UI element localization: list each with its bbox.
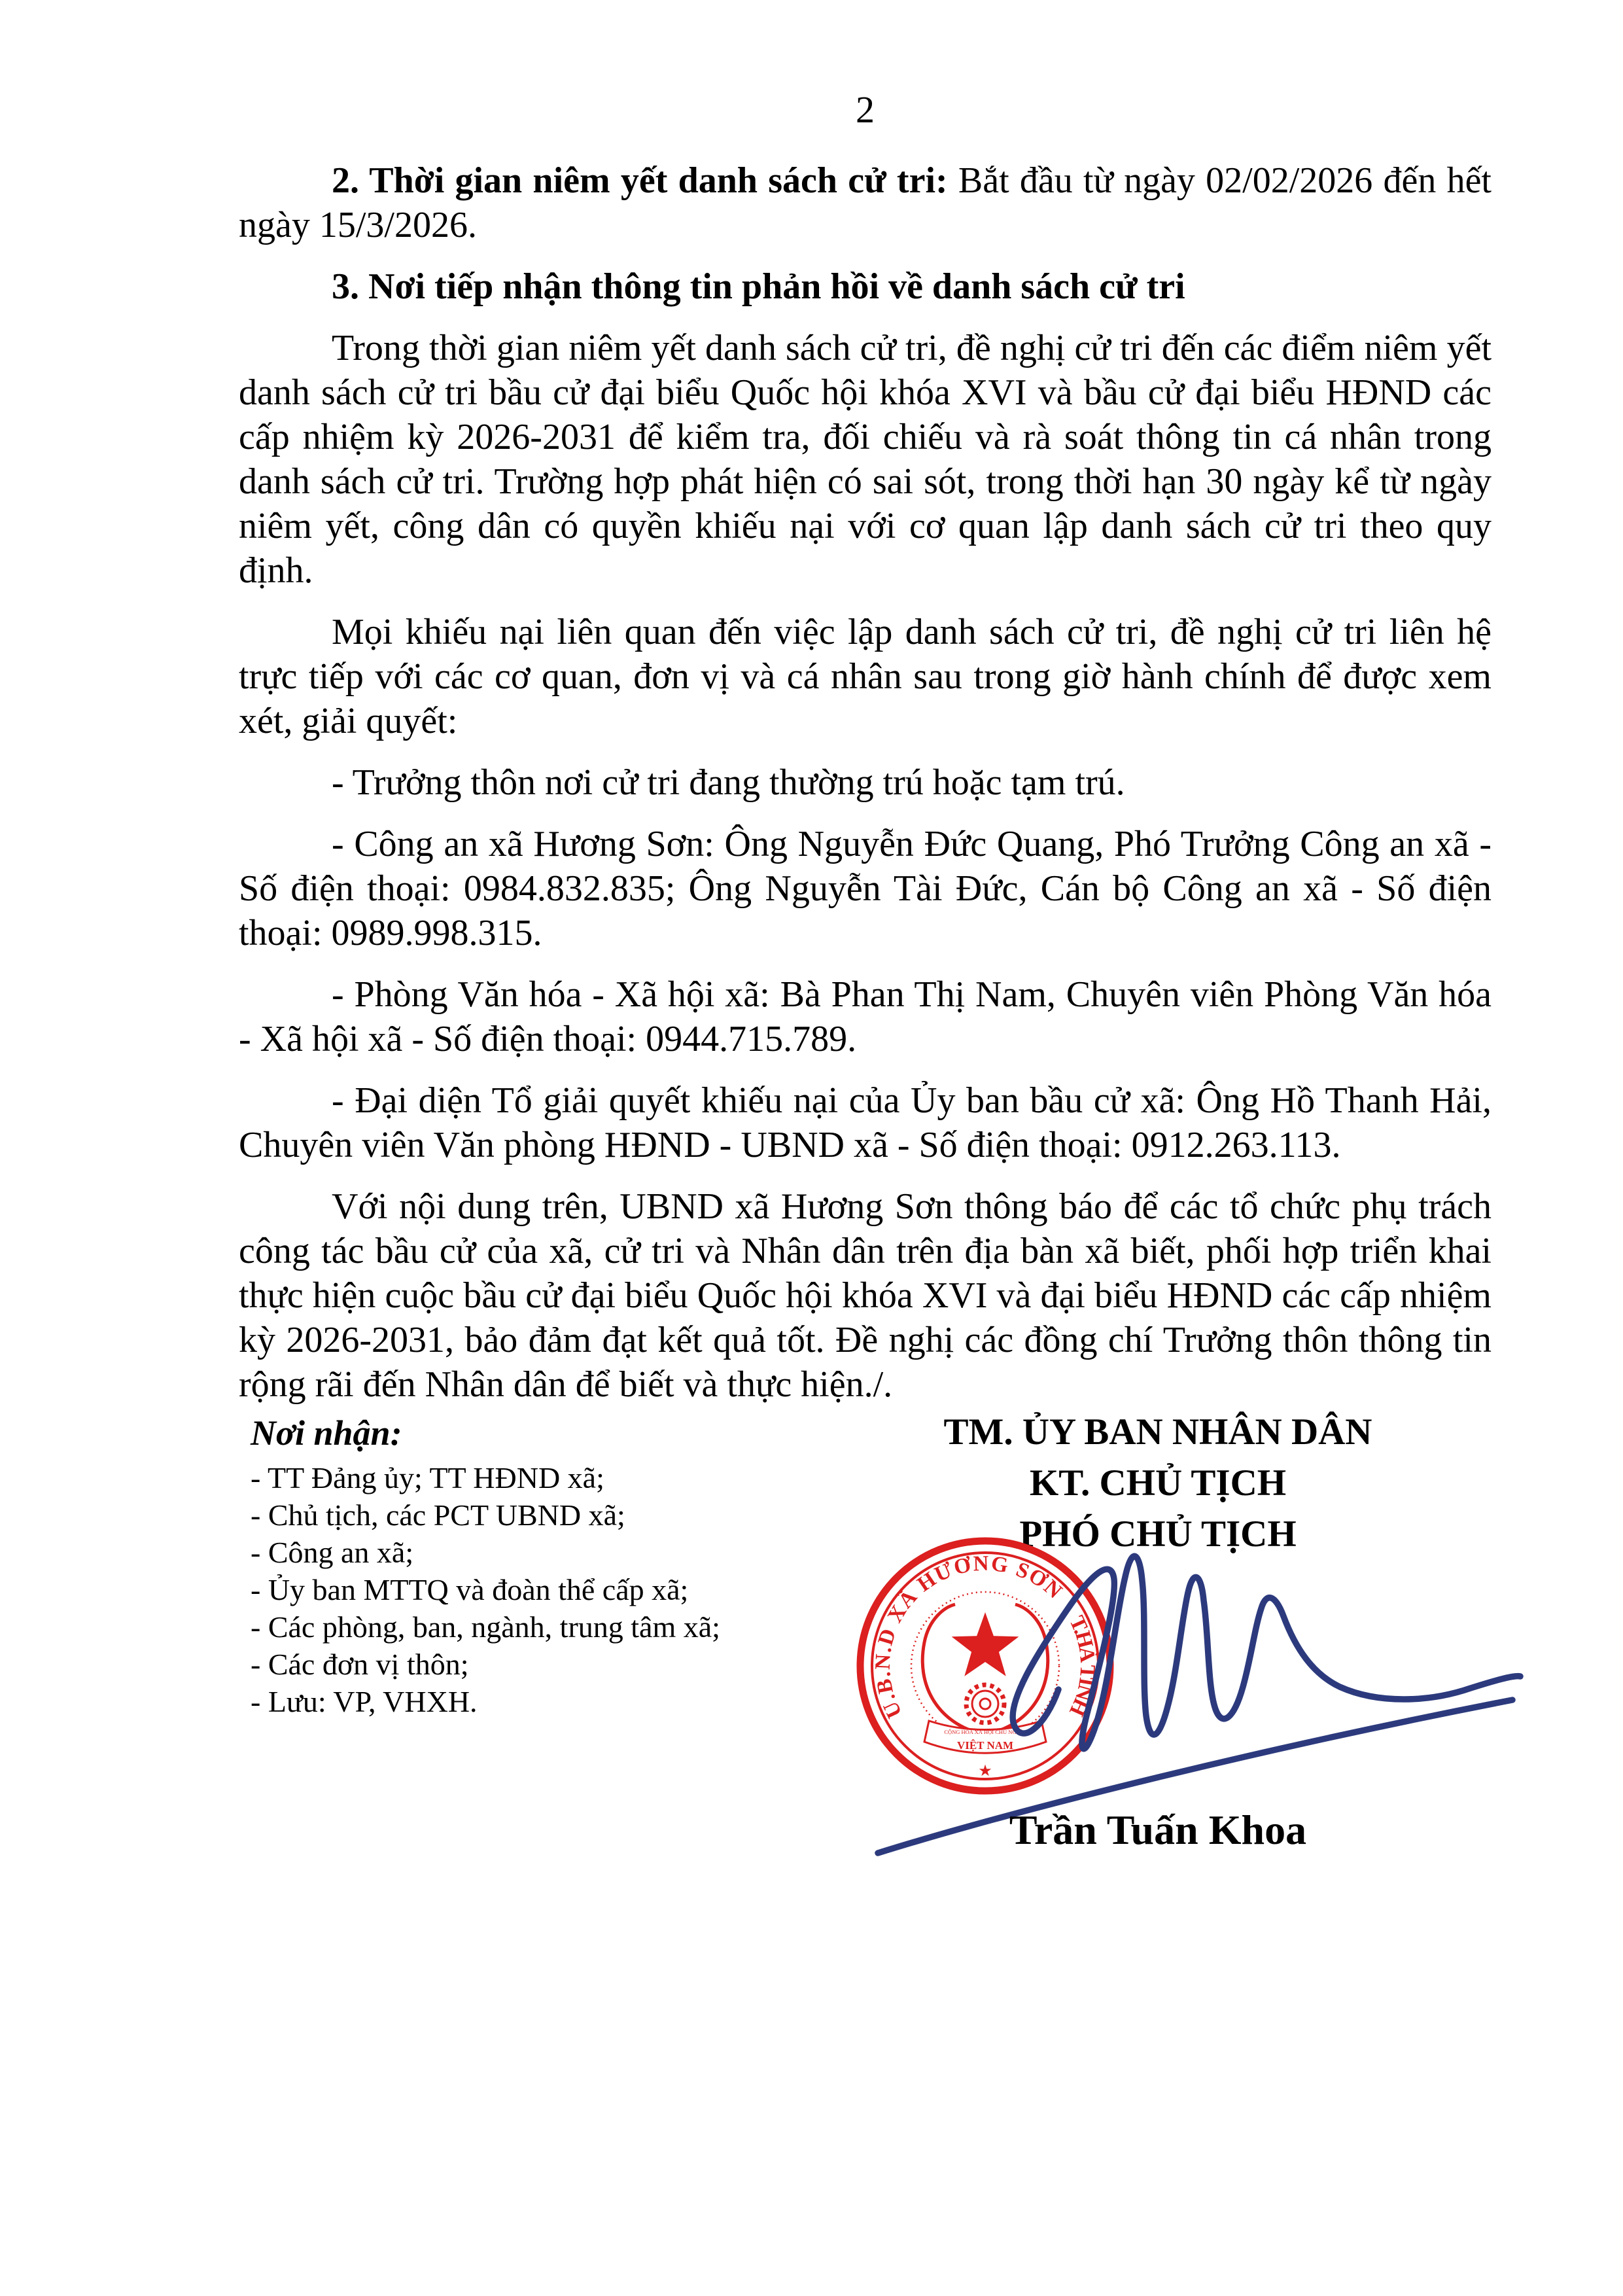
paragraph-text-run: - Trưởng thôn nơi cử tri đang thường trú… [332,762,1125,803]
page-number: 2 [239,90,1492,130]
paragraph-text-run: Mọi khiếu nại liên quan đến việc lập dan… [239,612,1492,741]
paragraph-text-run: - Đại diện Tổ giải quyết khiếu nại của Ủ… [239,1080,1492,1165]
signer-name: Trần Tuấn Khoa [811,1807,1505,1853]
recipient-item: - Công an xã; [251,1534,839,1571]
recipient-item: - Chủ tịch, các PCT UBND xã; [251,1496,839,1534]
recipients-block: Nơi nhận: - TT Đảng ủy; TT HĐND xã; - Ch… [251,1412,839,1720]
paragraph-text-run: - Công an xã Hương Sơn: Ông Nguyễn Đức Q… [239,824,1492,953]
authority-line-1: TM. ỦY BAN NHÂN DÂN [811,1407,1505,1458]
recipient-item: - TT Đảng ủy; TT HĐND xã; [251,1459,839,1496]
paragraph-text-run: Với nội dung trên, UBND xã Hương Sơn thô… [239,1186,1492,1405]
document-page: 2 2. Thời gian niêm yết danh sách cử tri… [0,0,1623,2296]
document-body: 2. Thời gian niêm yết danh sách cử tri: … [239,158,1492,1424]
paragraph-list-item: - Phòng Văn hóa - Xã hội xã: Bà Phan Thị… [239,972,1492,1061]
paragraph-bold-run: 2. Thời gian niêm yết danh sách cử tri: [332,160,948,201]
paragraph-time-heading: 2. Thời gian niêm yết danh sách cử tri: … [239,158,1492,247]
recipient-item: - Lưu: VP, VHXH. [251,1683,839,1720]
paragraph-list-item: - Đại diện Tổ giải quyết khiếu nại của Ủ… [239,1078,1492,1167]
recipient-item: - Các đơn vị thôn; [251,1646,839,1683]
authority-line-2: KT. CHỦ TỊCH [811,1458,1505,1509]
paragraph-closing: Với nội dung trên, UBND xã Hương Sơn thô… [239,1184,1492,1407]
recipient-item: - Các phòng, ban, ngành, trung tâm xã; [251,1608,839,1646]
recipient-item: - Ủy ban MTTQ và đoàn thể cấp xã; [251,1571,839,1608]
paragraph-body: Mọi khiếu nại liên quan đến việc lập dan… [239,610,1492,743]
paragraph-list-item: - Trưởng thôn nơi cử tri đang thường trú… [239,760,1492,805]
paragraph-body: Trong thời gian niêm yết danh sách cử tr… [239,326,1492,593]
paragraph-text-run: Trong thời gian niêm yết danh sách cử tr… [239,328,1492,591]
paragraph-section-heading: 3. Nơi tiếp nhận thông tin phản hồi về d… [239,264,1492,309]
recipients-title: Nơi nhận: [251,1412,839,1454]
paragraph-text-run: - Phòng Văn hóa - Xã hội xã: Bà Phan Thị… [239,974,1492,1059]
signature-main-stroke [1013,1556,1520,1748]
paragraph-list-item: - Công an xã Hương Sơn: Ông Nguyễn Đức Q… [239,822,1492,955]
paragraph-bold-run: 3. Nơi tiếp nhận thông tin phản hồi về d… [332,266,1185,307]
